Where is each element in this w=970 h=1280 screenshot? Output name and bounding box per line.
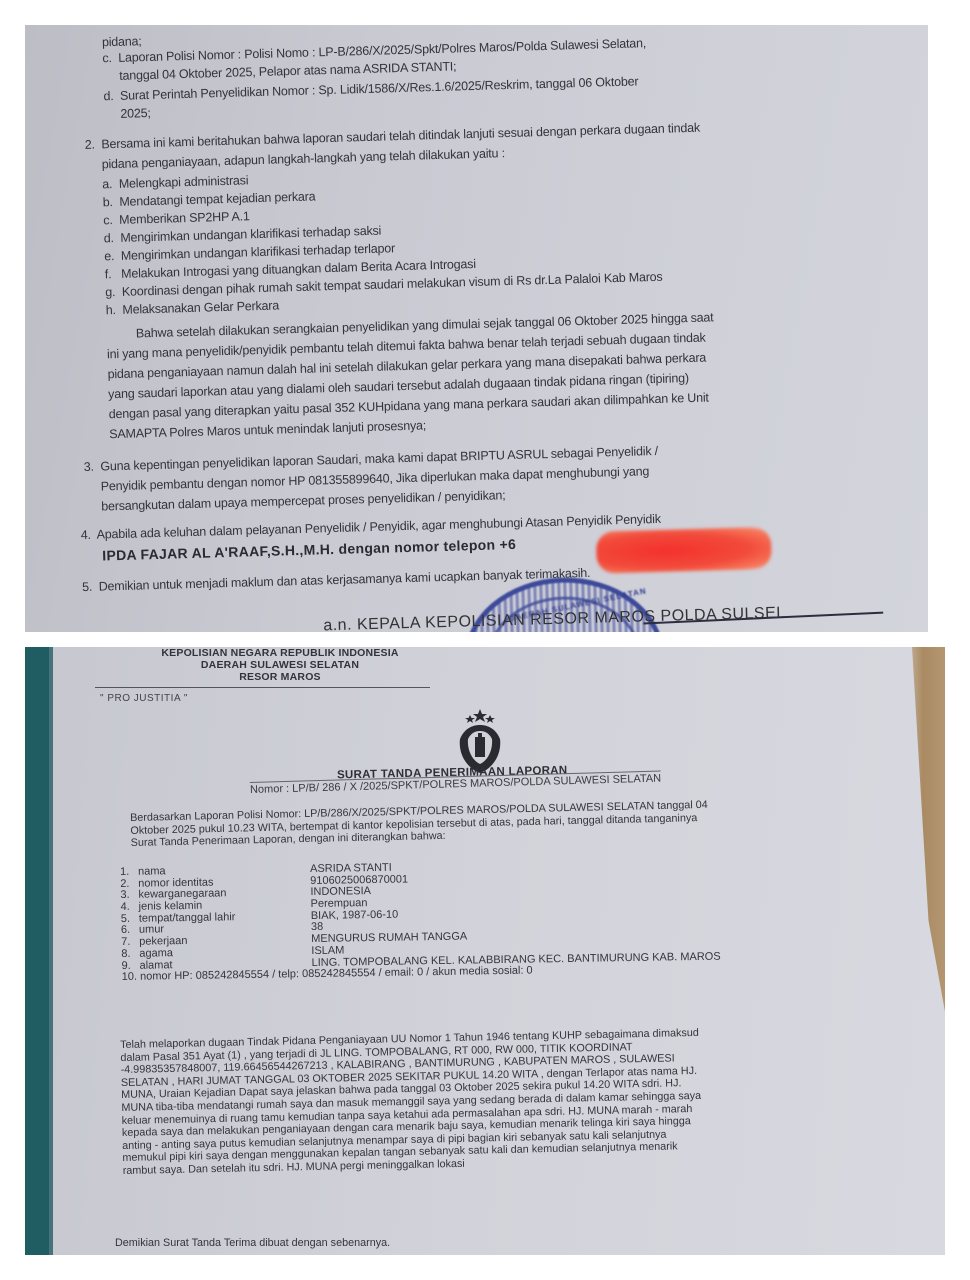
sp2hp-letter: pidana;c. Laporan Polisi Nomor : Polisi … bbox=[25, 25, 928, 632]
letterhead: KEPOLISIAN NEGARA REPUBLIK INDONESIA DAE… bbox=[120, 647, 440, 683]
contact-line: 10. nomor HP: 085242845554 / telp: 08524… bbox=[122, 966, 533, 984]
letter-photo-top: pidana;c. Laporan Polisi Nomor : Polisi … bbox=[25, 25, 928, 632]
letterhead-line-1: KEPOLISIAN NEGARA REPUBLIK INDONESIA bbox=[120, 647, 440, 659]
letter-line: h. Melaksanakan Gelar Perkara bbox=[89, 298, 279, 317]
letter-line: 2. Bersama ini kami beritahukan bahwa la… bbox=[85, 121, 700, 152]
letter-body: pidana;c. Laporan Polisi Nomor : Polisi … bbox=[25, 25, 919, 38]
report-photo-bottom: KEPOLISIAN NEGARA REPUBLIK INDONESIA DAE… bbox=[25, 647, 945, 1255]
pro-justitia-label: " PRO JUSTITIA " bbox=[100, 693, 188, 704]
incident-description: Telah melaporkan dugaan Tindak Pidana Pe… bbox=[120, 1027, 703, 1178]
letter-line: b. Mendatangi tempat kejadian perkara bbox=[86, 189, 315, 209]
letter-line: SAMAPTA Polres Maros untuk menindak lanj… bbox=[93, 418, 427, 441]
identity-table: 1.namaASRIDA STANTI2.nomor identitas9106… bbox=[120, 867, 122, 984]
redaction-mark bbox=[596, 527, 772, 574]
intro-paragraph: Berdasarkan Laporan Polisi Nomor: LP/B/2… bbox=[130, 799, 708, 850]
letterhead-line-2: DAERAH SULAWESI SELATAN bbox=[120, 659, 440, 671]
report-receipt: KEPOLISIAN NEGARA REPUBLIK INDONESIA DAE… bbox=[25, 647, 945, 1255]
letter-line: c. Memberikan SP2HP A.1 bbox=[87, 209, 250, 228]
letter-line: pidana; bbox=[102, 34, 142, 49]
letter-line: a. Melengkapi administrasi bbox=[86, 173, 249, 192]
identity-value: BIAK, 1987-06-10 bbox=[311, 909, 399, 922]
letter-line: 2025; bbox=[104, 106, 151, 121]
letterhead-rule bbox=[95, 687, 430, 688]
identity-number: 8. bbox=[121, 949, 135, 961]
closing-statement: Demikian Surat Tanda Terima dibuat denga… bbox=[115, 1237, 390, 1250]
letter-line: 4. Apabila ada keluhan dalam pelayanan P… bbox=[81, 512, 661, 542]
letterhead-line-3: RESOR MAROS bbox=[120, 671, 440, 683]
